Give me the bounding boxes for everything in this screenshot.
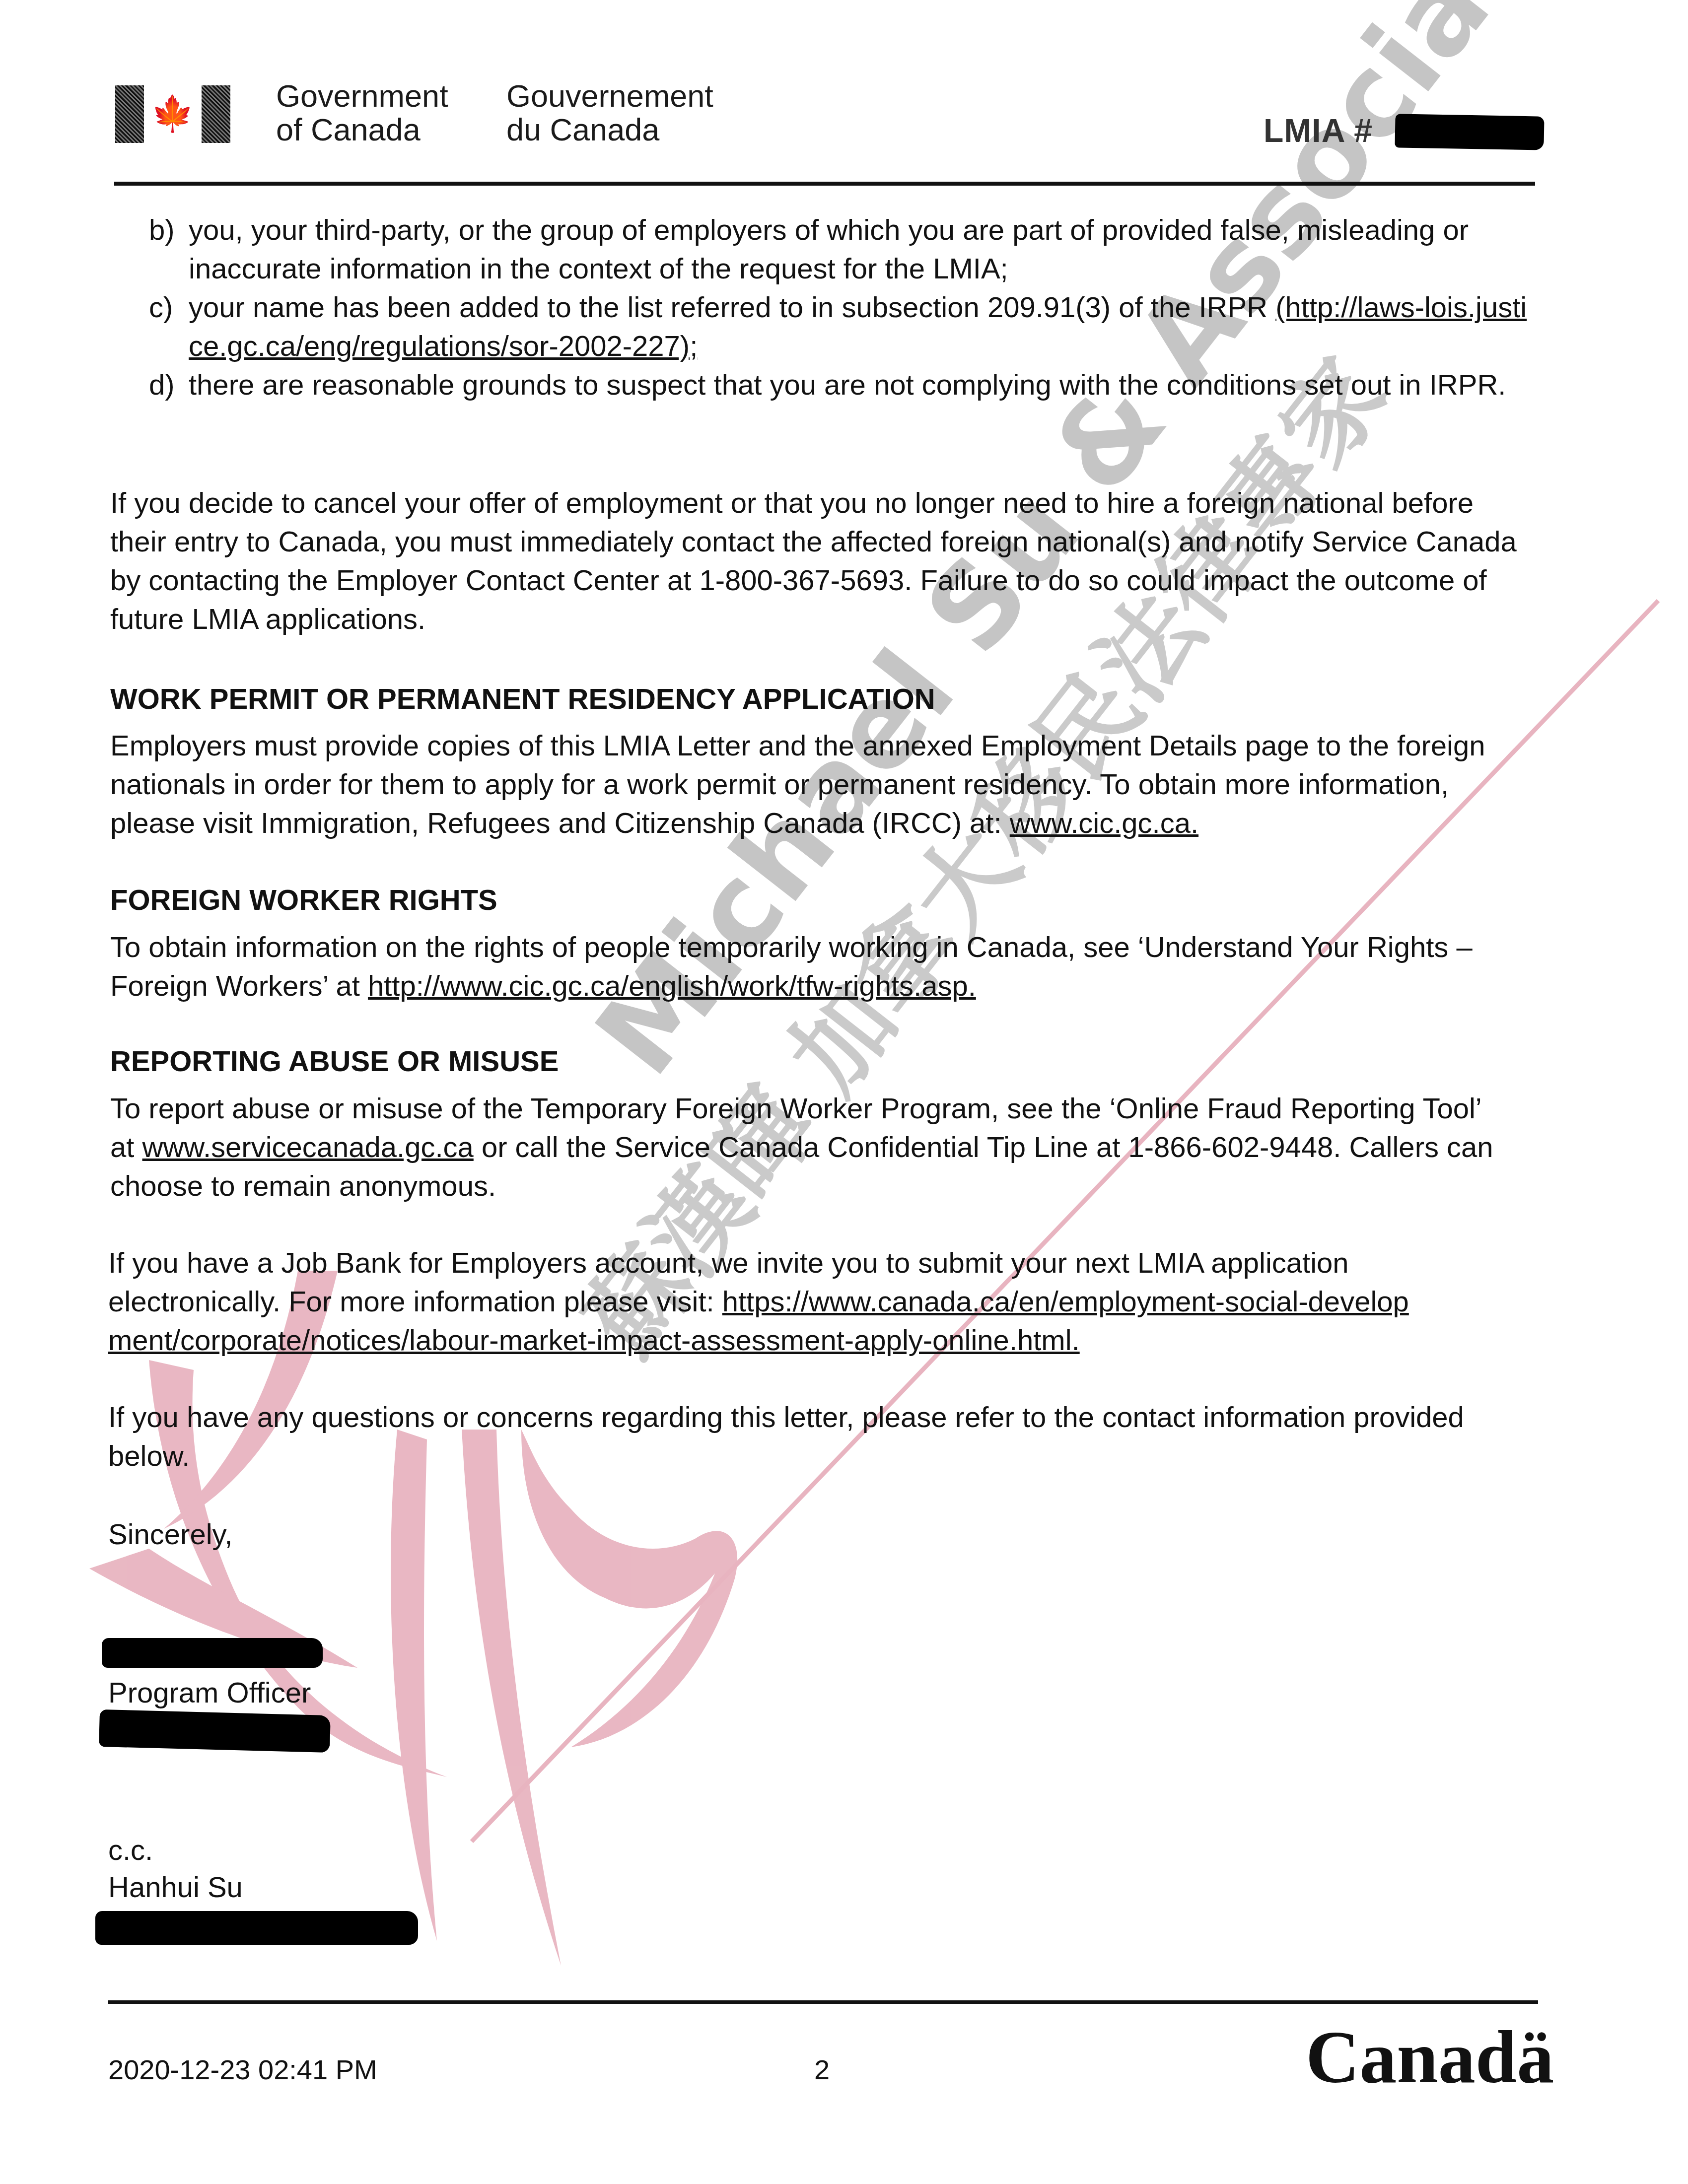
list-text: there are reasonable grounds to suspect …	[189, 366, 1539, 405]
conditions-list: b) you, your third-party, or the group o…	[149, 211, 1539, 405]
work-permit-heading: WORK PERMIT OR PERMANENT RESIDENCY APPLI…	[110, 680, 935, 719]
worker-rights-paragraph: To obtain information on the rights of p…	[110, 928, 1540, 1006]
maple-leaf-icon: 🍁	[144, 85, 202, 143]
government-of-canada-en: Government of Canada	[276, 79, 448, 147]
footer-page-number: 2	[814, 2052, 830, 2087]
gov-fr-line1: Gouvernement	[506, 79, 713, 113]
questions-paragraph: If you have any questions or concerns re…	[108, 1398, 1538, 1476]
signature-contact-redaction	[99, 1709, 331, 1753]
canada-flag-icon: 🍁	[115, 85, 230, 143]
cc-name: Hanhui Su	[108, 1868, 243, 1907]
cc-address-redaction	[95, 1911, 418, 1945]
canada-wordmark: Canadä	[1306, 2020, 1554, 2095]
list-item-d: d) there are reasonable grounds to suspe…	[149, 366, 1539, 405]
job-bank-paragraph: If you have a Job Bank for Employers acc…	[108, 1244, 1409, 1360]
work-permit-text: Employers must provide copies of this LM…	[110, 730, 1485, 839]
servicecanada-link[interactable]: www.servicecanada.gc.ca	[142, 1131, 474, 1163]
signature-title: Program Officer	[108, 1674, 311, 1712]
footer-datetime: 2020-12-23 02:41 PM	[108, 2052, 377, 2087]
cic-link[interactable]: www.cic.gc.ca.	[1010, 807, 1198, 839]
cc-label: c.c.	[108, 1831, 153, 1870]
gov-fr-line2: du Canada	[506, 113, 713, 147]
tfw-rights-link[interactable]: http://www.cic.gc.ca/english/work/tfw-ri…	[368, 970, 976, 1002]
closing-salutation: Sincerely,	[108, 1515, 232, 1554]
list-item-b: b) you, your third-party, or the group o…	[149, 211, 1539, 288]
list-marker: d)	[149, 366, 189, 405]
list-marker: b)	[149, 211, 189, 288]
footer-rule	[108, 2000, 1538, 2004]
list-text: you, your third-party, or the group of e…	[189, 211, 1539, 288]
signature-name-redaction	[102, 1638, 323, 1668]
gov-en-line2: of Canada	[276, 113, 448, 147]
gov-en-line1: Government	[276, 79, 448, 113]
lmia-number-label: LMIA #	[1264, 112, 1373, 149]
list-marker: c)	[149, 288, 189, 366]
reporting-heading: REPORTING ABUSE OR MISUSE	[110, 1042, 559, 1081]
worker-rights-heading: FOREIGN WORKER RIGHTS	[110, 881, 497, 920]
reporting-paragraph: To report abuse or misuse of the Tempora…	[110, 1090, 1500, 1206]
cancel-offer-paragraph: If you decide to cancel your offer of em…	[110, 484, 1535, 639]
list-item-c: c) your name has been added to the list …	[149, 288, 1539, 366]
work-permit-paragraph: Employers must provide copies of this LM…	[110, 727, 1540, 843]
lmia-number-redaction	[1395, 114, 1544, 150]
header-rule	[114, 182, 1535, 186]
gouvernement-du-canada-fr: Gouvernement du Canada	[506, 79, 713, 147]
list-text: your name has been added to the list ref…	[189, 291, 1275, 324]
